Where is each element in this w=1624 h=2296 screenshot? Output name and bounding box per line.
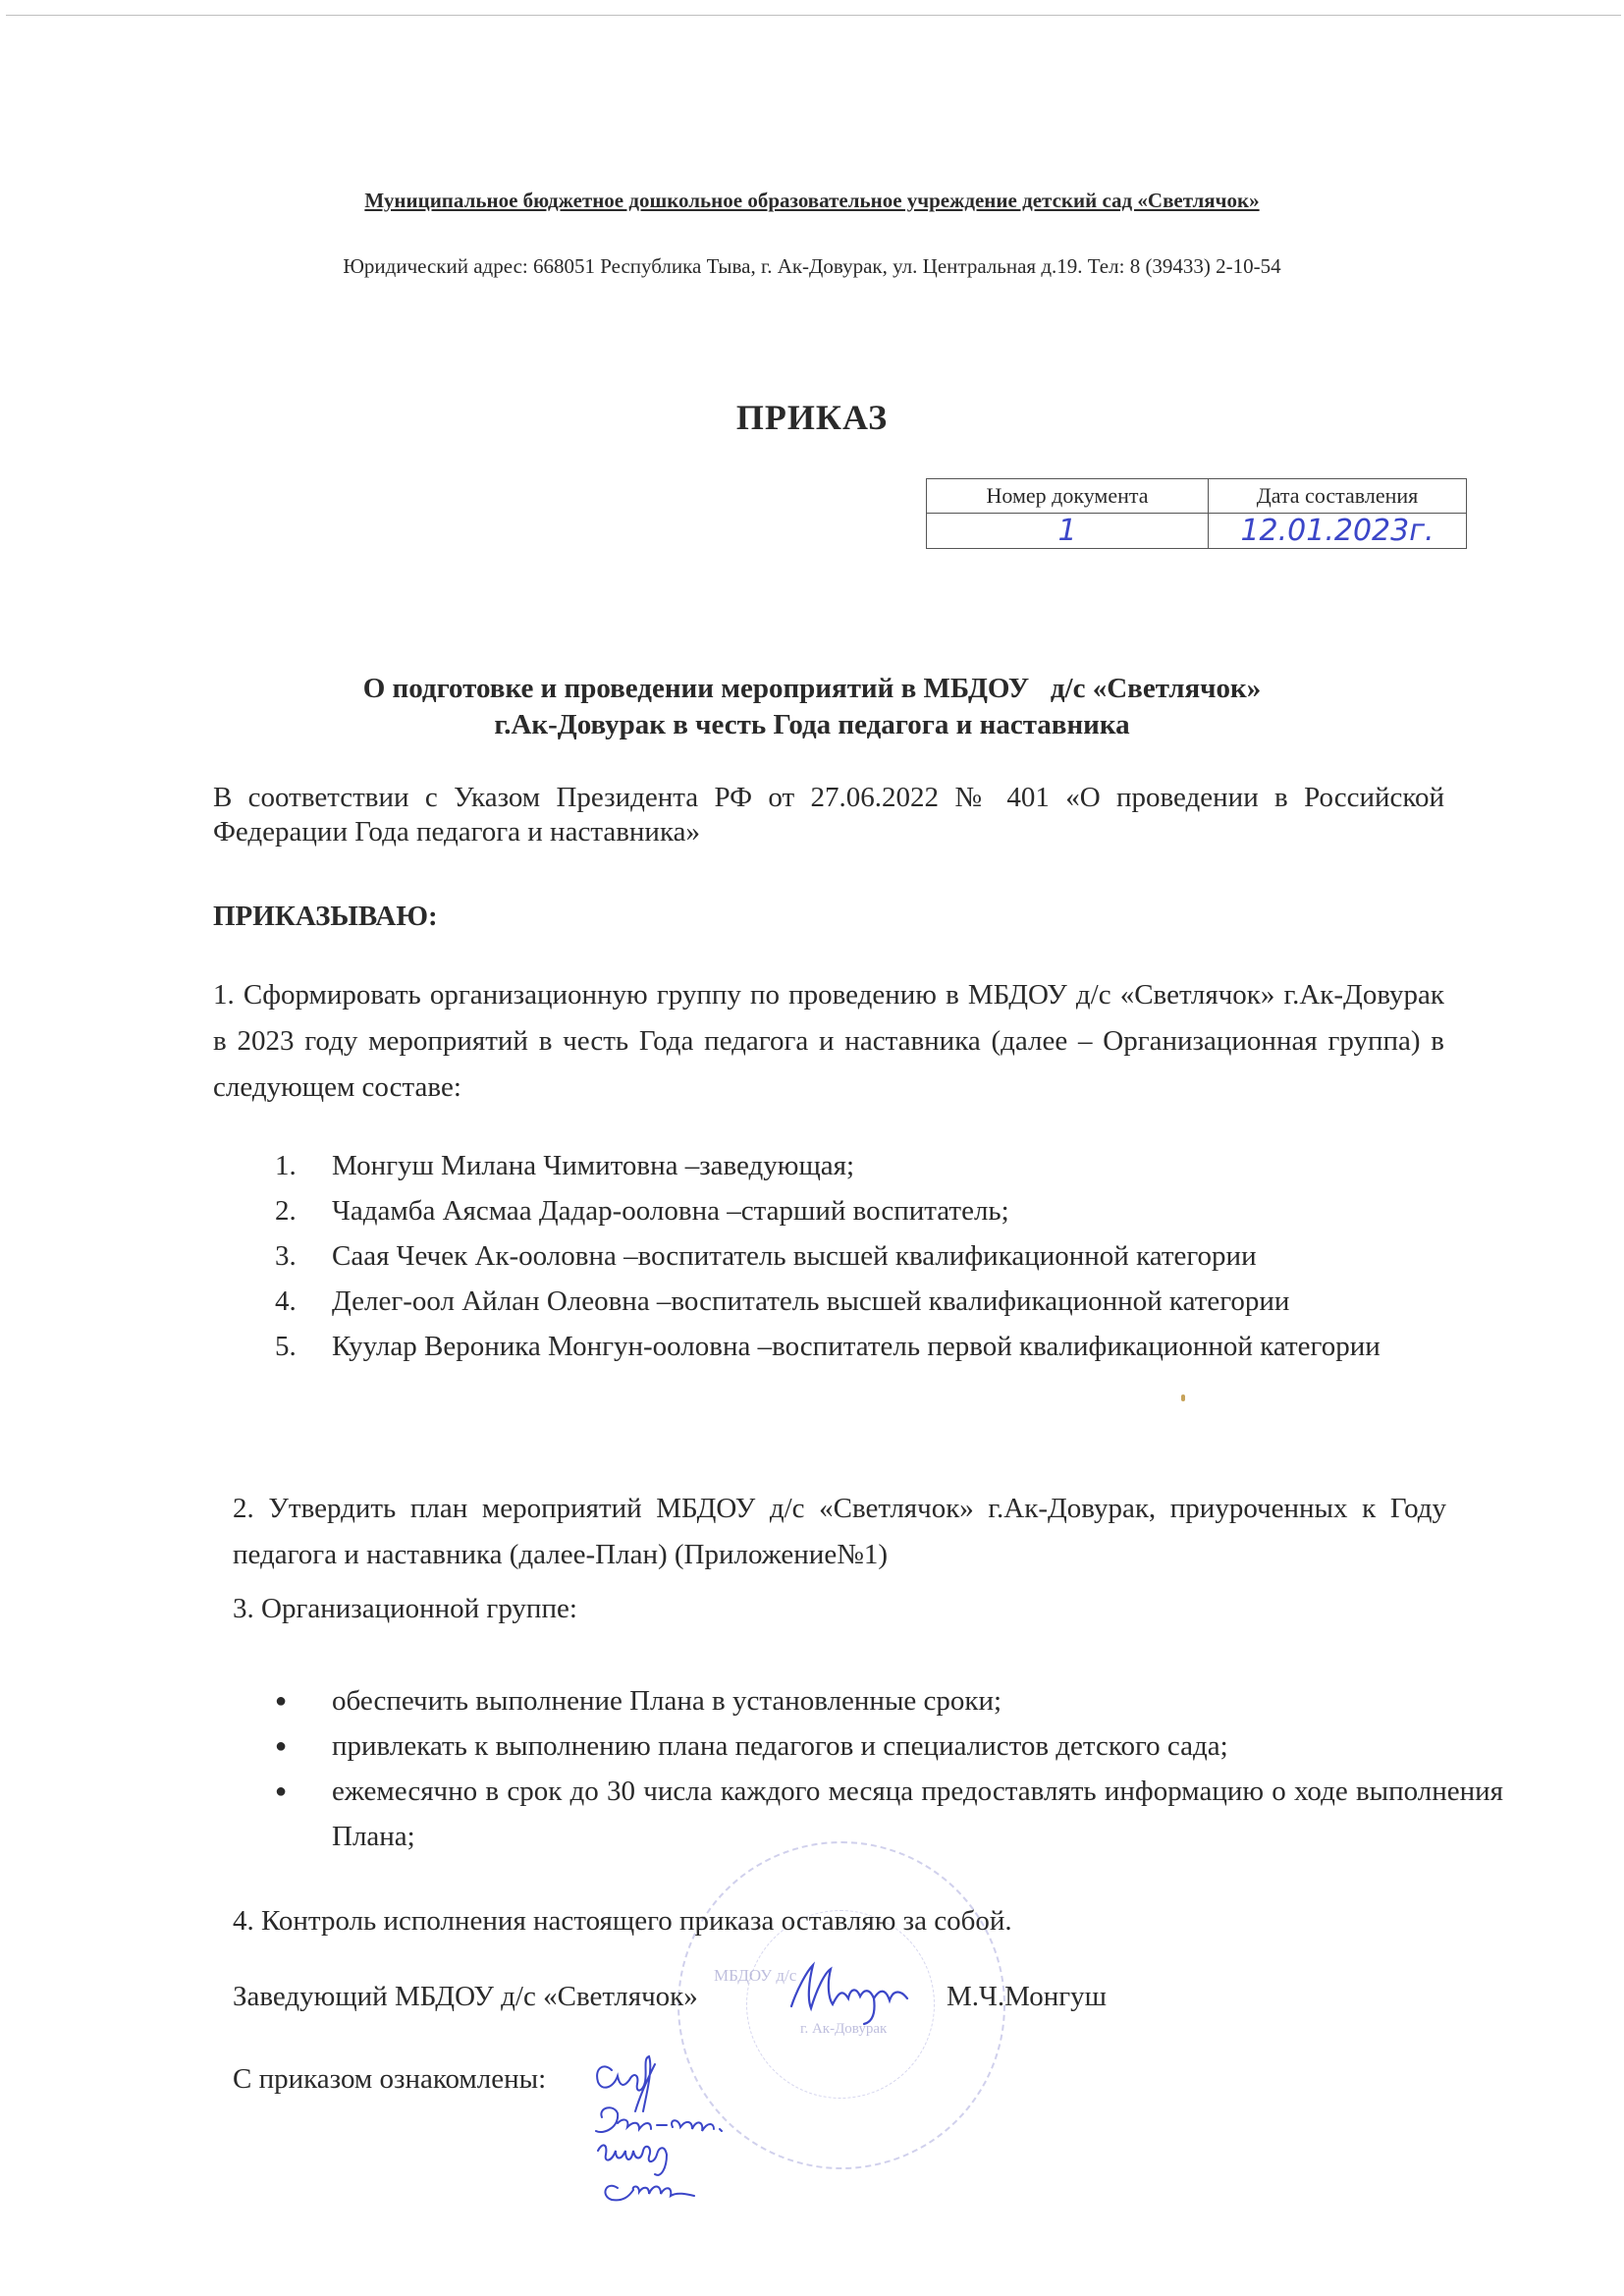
list-item: 3.Саая Чечек Ак-ооловна –воспитатель выс…: [332, 1233, 1503, 1279]
document-meta-table: Номер документа Дата составления 1 12.01…: [926, 478, 1467, 549]
bullet-icon: ●: [275, 1723, 287, 1769]
subject-line-2: г.Ак-Довурак в честь Года педагога и нас…: [0, 707, 1624, 743]
signature-title: Заведующий МБДОУ д/с «Светлячок»: [233, 1981, 698, 2012]
list-item: ●обеспечить выполнение Плана в установле…: [332, 1678, 1503, 1723]
bullet-icon: ●: [275, 1678, 287, 1723]
list-item: 2.Чадамба Аясмаа Дадар-ооловна –старший …: [332, 1188, 1503, 1233]
item-4-paragraph: 4. Контроль исполнения настоящего приказ…: [233, 1905, 1012, 1938]
doc-number-value: 1: [927, 514, 1209, 549]
doc-date-header: Дата составления: [1209, 479, 1467, 514]
order-keyword: ПРИКАЗЫВАЮ:: [213, 901, 438, 933]
order-subject: О подготовке и проведении мероприятий в …: [0, 671, 1624, 743]
subject-line-1: О подготовке и проведении мероприятий в …: [0, 671, 1624, 707]
acknowledged-label: С приказом ознакомлены:: [233, 2063, 546, 2096]
item-2-paragraph: 2. Утвердить план мероприятий МБДОУ д/с …: [233, 1486, 1446, 1578]
director-signature-icon: [785, 1959, 923, 2028]
staff-signatures-icon: [584, 2052, 771, 2214]
list-item: 5.Куулар Вероника Монгун-ооловна –воспит…: [332, 1324, 1503, 1369]
scan-speck: [1181, 1394, 1185, 1401]
item-1-paragraph: 1. Сформировать организационную группу п…: [213, 972, 1444, 1111]
tasks-list: ●обеспечить выполнение Плана в установле…: [275, 1678, 1503, 1859]
signature-name: М.Ч.Монгуш: [947, 1981, 1107, 2013]
bullet-icon: ●: [275, 1769, 287, 1814]
list-item: 1.Монгуш Милана Чимитовна –заведующая;: [332, 1143, 1503, 1188]
signature-line: Заведующий МБДОУ д/с «Светлячок» М.Ч.Мон…: [233, 1981, 698, 2013]
doc-date-value: 12.01.2023г.: [1209, 514, 1467, 549]
document-title: ПРИКАЗ: [0, 397, 1624, 438]
organization-name: Муниципальное бюджетное дошкольное образ…: [0, 189, 1624, 213]
item-3-heading: 3. Организационной группе:: [233, 1593, 577, 1625]
stamp-text: МБДОУ д/с: [714, 1966, 796, 1986]
list-item: ●ежемесячно в срок до 30 числа каждого м…: [332, 1769, 1503, 1859]
list-item: 4.Делег-оол Айлан Олеовна –воспитатель в…: [332, 1279, 1503, 1324]
intro-paragraph: В соответствии с Указом Президента РФ от…: [213, 781, 1444, 849]
members-list: 1.Монгуш Милана Чимитовна –заведующая; 2…: [275, 1143, 1503, 1369]
scan-edge-line: [6, 15, 1621, 16]
list-item: ●привлекать к выполнению плана педагогов…: [332, 1723, 1503, 1769]
organization-address: Юридический адрес: 668051 Республика Тыв…: [0, 254, 1624, 279]
doc-number-header: Номер документа: [927, 479, 1209, 514]
